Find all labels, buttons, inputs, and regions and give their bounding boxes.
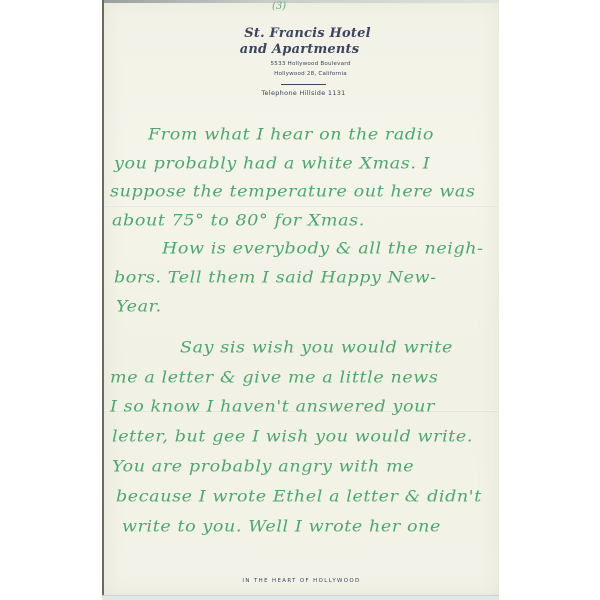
letter-line: about 75° to 80° for Xmas. (112, 212, 365, 230)
letter-line: suppose the temperature out here was (110, 183, 476, 201)
hotel-address-street: 5533 Hollywood Boulevard (122, 60, 499, 68)
letter-line: You are probably angry with me (112, 458, 414, 476)
hotel-telephone: Telephone Hillside 1131 (108, 89, 499, 97)
hotel-address-city: Hollywood 28, California (122, 70, 499, 78)
letter-page: (3) St. Francis Hotel and Apartments 553… (102, 0, 499, 596)
letter-line: because I wrote Ethel a letter & didn't (116, 488, 482, 506)
letter-line: From what I hear on the radio (148, 126, 434, 144)
page-bottom-edge (102, 595, 499, 600)
fold-crease-upper (104, 205, 499, 207)
letter-line: bors. Tell them I said Happy New- (114, 269, 437, 287)
hotel-name: St. Francis Hotel (116, 26, 499, 42)
letter-line: write to you. Well I wrote her one (122, 518, 441, 536)
page-top-edge (104, 0, 499, 3)
letter-line: me a letter & give me a little news (110, 369, 438, 387)
letter-line: Say sis wish you would write (180, 339, 453, 357)
letterhead: St. Francis Hotel and Apartments 5533 Ho… (104, 26, 499, 97)
letter-line: Year. (116, 298, 162, 316)
letterhead-divider (281, 84, 326, 85)
letter-line: letter, but gee I wish you would write. (112, 428, 473, 446)
letter-line: I so know I haven't answered your (110, 398, 435, 416)
page-number: (3) (272, 1, 286, 12)
letterhead-slogan: IN THE HEART OF HOLLYWOOD (104, 578, 499, 584)
hotel-name-subtitle: and Apartments (100, 42, 499, 58)
letter-line: you probably had a white Xmas. I (114, 155, 430, 173)
letter-line: How is everybody & all the neigh- (162, 240, 484, 258)
scan-canvas: (3) St. Francis Hotel and Apartments 553… (0, 0, 600, 600)
